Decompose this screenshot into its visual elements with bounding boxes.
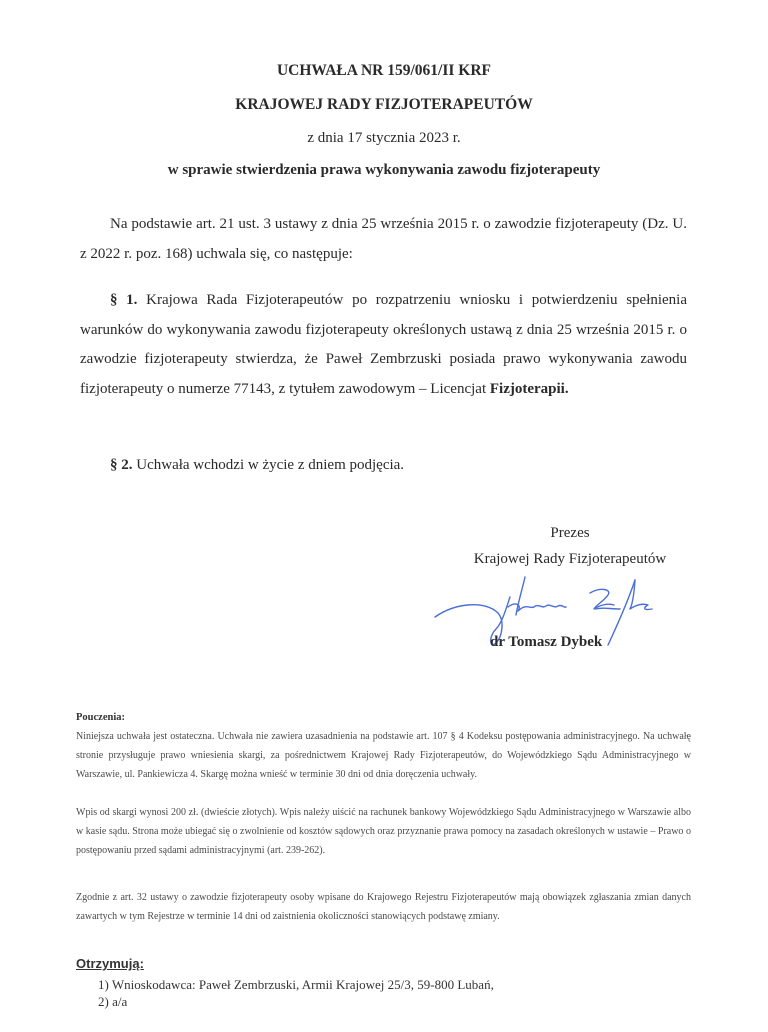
resolution-number: UCHWAŁA NR 159/061/II KRF — [0, 62, 768, 80]
section-1-label: § 1. — [110, 292, 137, 308]
signatory-title: Prezes — [430, 520, 710, 546]
signatory-organization: Krajowej Rady Fizjoterapeutów — [430, 546, 710, 572]
section-2: § 2. Uchwała wchodzi w życie z dniem pod… — [80, 451, 687, 481]
section-1-text: Krajowa Rada Fizjoterapeutów po rozpatrz… — [80, 292, 687, 397]
resolution-subject: w sprawie stwierdzenia prawa wykonywania… — [0, 162, 768, 179]
professional-title: Fizjoterapii. — [490, 381, 569, 397]
issuing-body: KRAJOWEJ RADY FIZJOTERAPEUTÓW — [0, 96, 768, 114]
document-page: UCHWAŁA NR 159/061/II KRF KRAJOWEJ RADY … — [0, 0, 768, 1032]
recipient-item: 2) a/a — [98, 993, 494, 1010]
resolution-date: z dnia 17 stycznia 2023 r. — [0, 130, 768, 147]
instructions-heading: Pouczenia: — [76, 708, 691, 727]
legal-basis: Na podstawie art. 21 ust. 3 ustawy z dni… — [80, 210, 687, 269]
instructions-paragraph: Wpis od skargi wynosi 200 zł. (dwieście … — [76, 803, 691, 860]
recipients-heading: Otrzymują: — [76, 956, 144, 971]
section-1: § 1. Krajowa Rada Fizjoterapeutów po roz… — [80, 286, 687, 404]
recipient-item: 1) Wnioskodawca: Paweł Zembrzuski, Armii… — [98, 976, 494, 993]
recipients-list: 1) Wnioskodawca: Paweł Zembrzuski, Armii… — [98, 976, 494, 1010]
signatory-name: dr Tomasz Dybek — [490, 634, 602, 651]
section-2-label: § 2. — [110, 457, 133, 473]
instructions-paragraph: Zgodnie z art. 32 ustawy o zawodzie fizj… — [76, 888, 691, 926]
section-2-text: Uchwała wchodzi w życie z dniem podjęcia… — [133, 457, 405, 473]
instructions-paragraph: Niniejsza uchwała jest ostateczna. Uchwa… — [76, 727, 691, 784]
